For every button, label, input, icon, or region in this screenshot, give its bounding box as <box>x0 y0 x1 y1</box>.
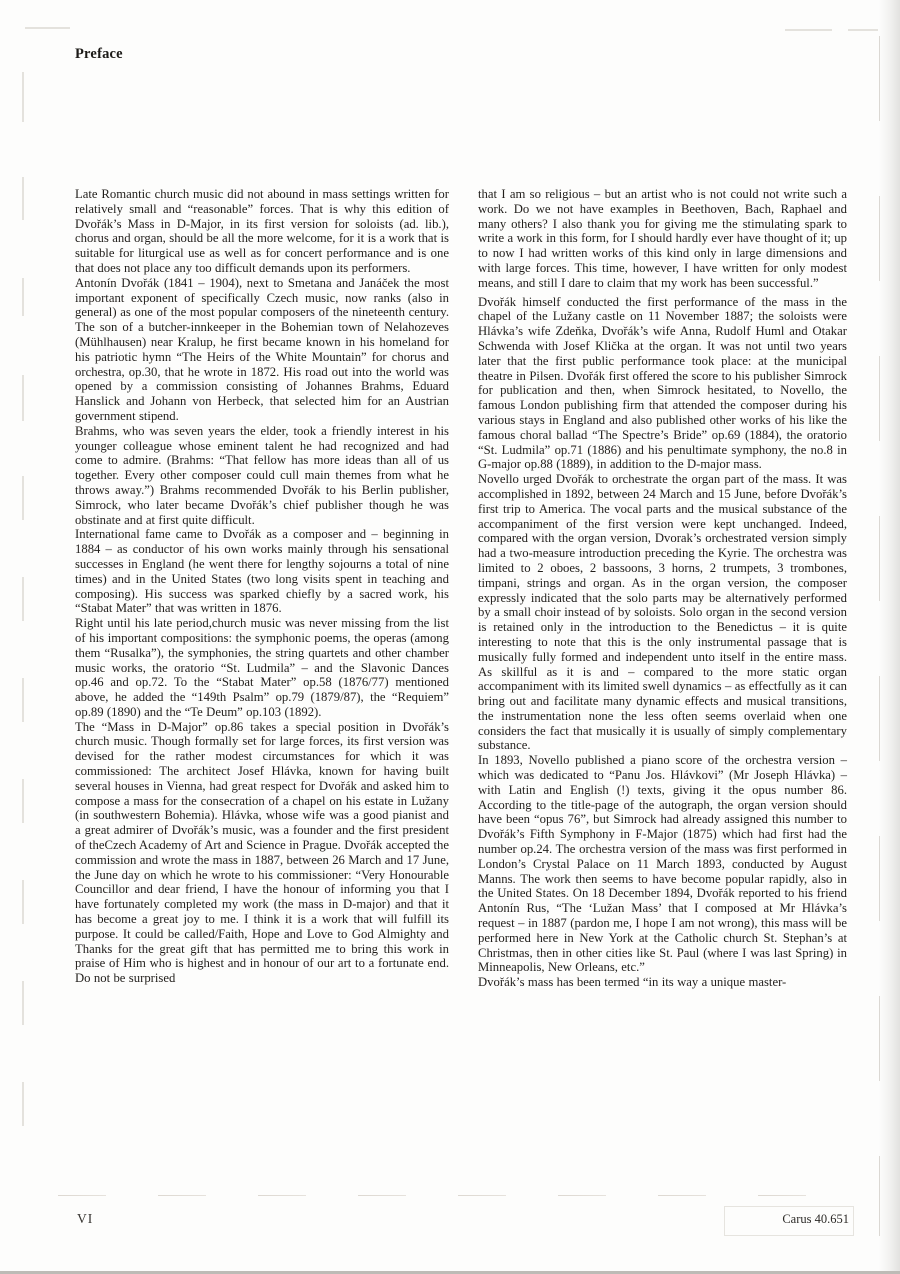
paragraph: Dvořák himself conducted the first perfo… <box>478 295 847 473</box>
paragraph: Dvořák’s mass has been termed “in its wa… <box>478 975 847 990</box>
scan-mark <box>22 476 24 520</box>
scan-mark <box>22 779 24 823</box>
page-number: VI <box>77 1211 93 1227</box>
scanned-preface-page: Preface Late Romantic church music did n… <box>0 0 900 1274</box>
paragraph: Late Romantic church music did not aboun… <box>75 187 449 276</box>
footer-rule <box>58 1195 848 1196</box>
scan-mark <box>22 375 24 421</box>
paragraph: Antonín Dvořák (1841 – 1904), next to Sm… <box>75 276 449 424</box>
page-title: Preface <box>75 46 123 63</box>
paragraph: that I am so religious – but an artist w… <box>478 187 847 291</box>
scan-mark <box>848 29 878 31</box>
scan-mark <box>22 1082 24 1126</box>
scan-mark <box>22 72 24 122</box>
scan-mark <box>785 29 832 31</box>
scan-mark <box>22 981 24 1025</box>
page-edge-shade <box>879 0 900 1274</box>
scan-mark <box>25 27 70 29</box>
scan-mark <box>22 278 24 316</box>
scan-mark <box>22 678 24 722</box>
right-text-column: that I am so religious – but an artist w… <box>478 187 847 990</box>
paragraph: Right until his late period,church music… <box>75 616 449 720</box>
scan-mark <box>22 880 24 924</box>
left-text-column: Late Romantic church music did not aboun… <box>75 187 449 986</box>
edition-mark-box: Carus 40.651 <box>724 1206 854 1236</box>
paragraph: In 1893, Novello published a piano score… <box>478 753 847 975</box>
scan-mark <box>22 177 24 220</box>
paragraph: Brahms, who was seven years the elder, t… <box>75 424 449 528</box>
edition-mark: Carus 40.651 <box>782 1207 853 1227</box>
scan-mark <box>22 577 24 621</box>
paragraph: International fame came to Dvořák as a c… <box>75 527 449 616</box>
paragraph: The “Mass in D-Major” op.86 takes a spec… <box>75 720 449 986</box>
paragraph: Novello urged Dvořák to orchestrate the … <box>478 472 847 753</box>
